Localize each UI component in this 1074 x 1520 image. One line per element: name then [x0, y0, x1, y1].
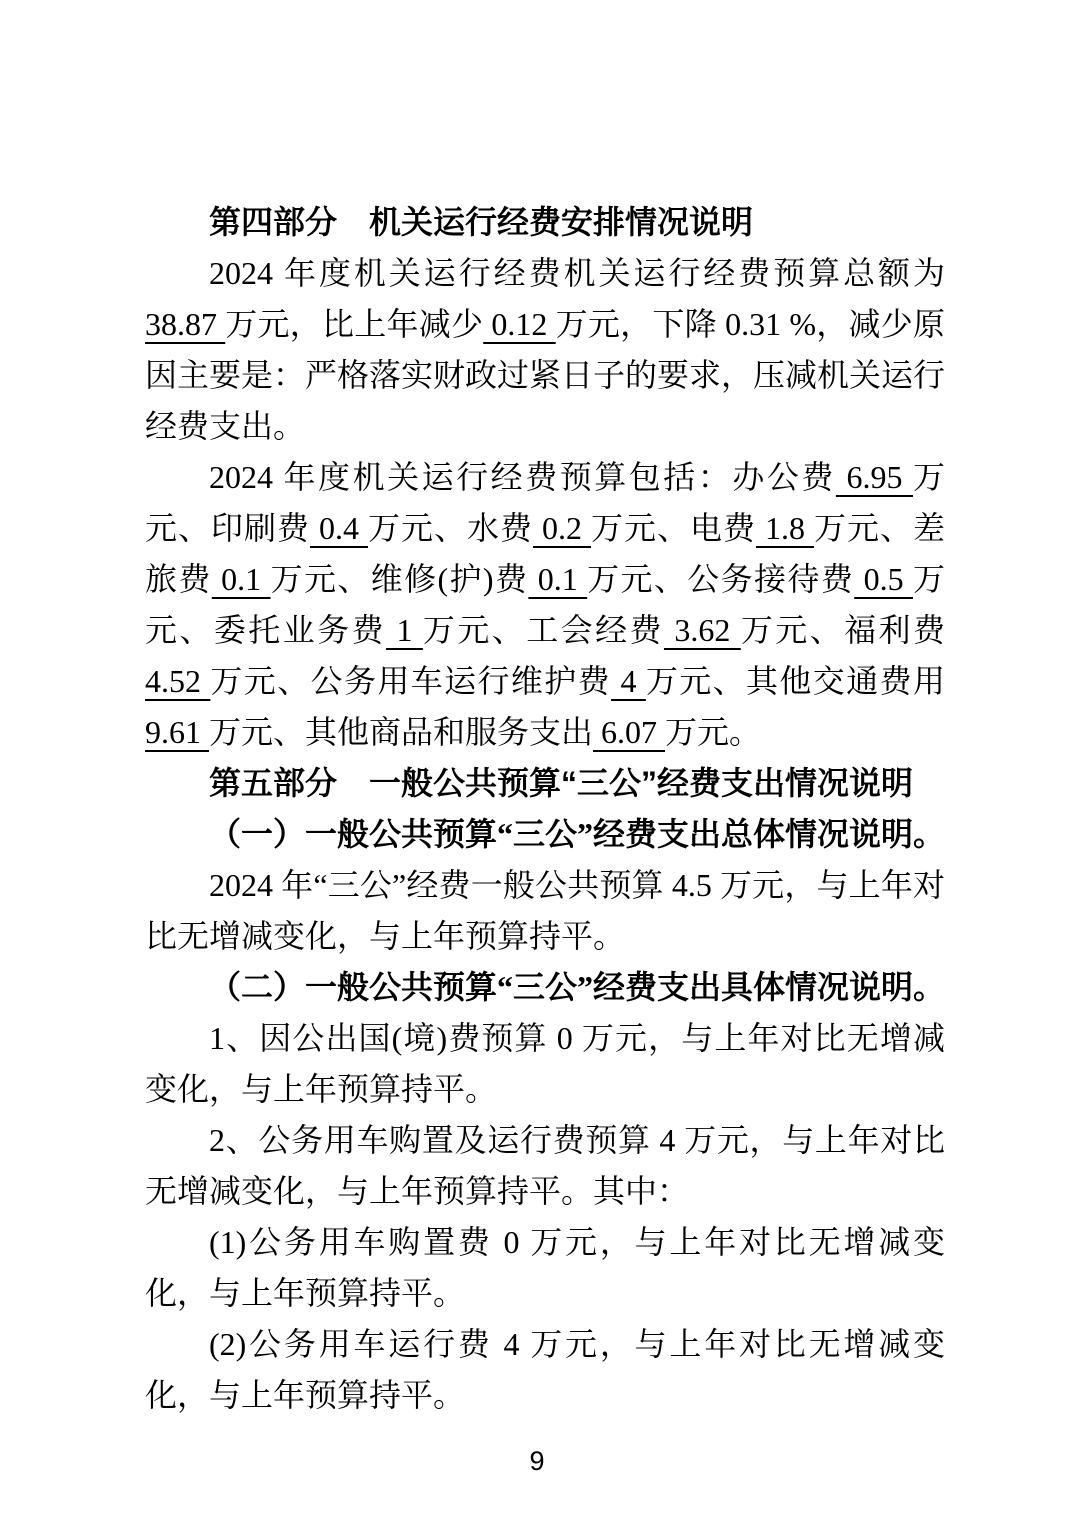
- text-run: (1)公务用车购置费 0 万元，与上年对比无增减变化，与上年预算持平。: [145, 1224, 945, 1311]
- underlined-value: 1: [386, 612, 423, 648]
- underlined-value: 6.07: [593, 714, 665, 750]
- underlined-value: 6.95: [836, 459, 913, 495]
- text-run: 2024 年度机关运行经费机关运行经费预算总额为: [209, 255, 945, 291]
- section-4-heading: 第四部分 机关运行经费安排情况说明: [145, 197, 945, 248]
- underlined-value: 1.8: [756, 510, 814, 546]
- text-run: 万元，比上年减少: [225, 306, 483, 342]
- para-vehicle-purchase: (1)公务用车购置费 0 万元，与上年对比无增减变化，与上年预算持平。: [145, 1217, 945, 1319]
- underlined-value: 0.4: [310, 510, 368, 546]
- underlined-value: 0.2: [533, 510, 591, 546]
- para-vehicle-operation: (2)公务用车运行费 4 万元，与上年对比无增减变化，与上年预算持平。: [145, 1319, 945, 1421]
- text-run: 万元、其他商品和服务支出: [209, 714, 593, 750]
- underlined-value: 3.62: [664, 612, 741, 648]
- section-5-heading: 第五部分 一般公共预算“三公”经费支出情况说明: [145, 758, 945, 809]
- underlined-value: 0.12: [483, 306, 555, 342]
- text-run: 万元、维修(护)费: [271, 561, 529, 597]
- text-run: 第四部分 机关运行经费安排情况说明: [209, 204, 753, 240]
- text-run: 万元、水费: [368, 510, 533, 546]
- para-vehicle-total: 2、公务用车购置及运行费预算 4 万元，与上年对比无增减变化，与上年预算持平。其…: [145, 1115, 945, 1217]
- text-run: 万元、电费: [591, 510, 756, 546]
- text-run: 万元、工会经费: [423, 612, 664, 648]
- text-run: 1、因公出国(境)费预算 0 万元，与上年对比无增减变化，与上年预算持平。: [145, 1020, 945, 1107]
- sub-1-heading: （一）一般公共预算“三公”经费支出总体情况说明。: [145, 809, 945, 860]
- text-run: 万元、其他交通费用: [646, 663, 945, 699]
- para-operating-budget-total: 2024 年度机关运行经费机关运行经费预算总额为 38.87 万元，比上年减少 …: [145, 248, 945, 452]
- underlined-value: 4.52: [145, 663, 210, 699]
- sub-2-heading: （二）一般公共预算“三公”经费支出具体情况说明。: [145, 962, 945, 1013]
- para-abroad-expense: 1、因公出国(境)费预算 0 万元，与上年对比无增减变化，与上年预算持平。: [145, 1013, 945, 1115]
- text-run: 2024 年度机关运行经费预算包括：办公费: [209, 459, 836, 495]
- underlined-value: 38.87: [145, 306, 225, 342]
- text-run: 万元、公务接待费: [587, 561, 854, 597]
- text-run: 2、公务用车购置及运行费预算 4 万元，与上年对比无增减变化，与上年预算持平。其…: [145, 1122, 945, 1209]
- document-body: 第四部分 机关运行经费安排情况说明2024 年度机关运行经费机关运行经费预算总额…: [145, 197, 945, 1421]
- text-run: （二）一般公共预算“三公”经费支出具体情况说明。: [209, 969, 945, 1005]
- text-run: (2)公务用车运行费 4 万元，与上年对比无增减变化，与上年预算持平。: [145, 1326, 945, 1413]
- underlined-value: 0.5: [854, 561, 913, 597]
- underlined-value: 9.61: [145, 714, 209, 750]
- page-footer: 9: [0, 1444, 1074, 1478]
- page-number: 9: [529, 1446, 544, 1476]
- text-run: 第五部分 一般公共预算“三公”经费支出情况说明: [209, 765, 913, 801]
- text-run: 万元、福利费: [741, 612, 945, 648]
- underlined-value: 0.1: [212, 561, 271, 597]
- underlined-value: 4: [611, 663, 646, 699]
- text-run: 万元。: [665, 714, 761, 750]
- document-page: 第四部分 机关运行经费安排情况说明2024 年度机关运行经费机关运行经费预算总额…: [0, 0, 1074, 1520]
- para-operating-budget-breakdown: 2024 年度机关运行经费预算包括：办公费 6.95 万元、印刷费 0.4 万元…: [145, 452, 945, 758]
- text-run: 万元、公务用车运行维护费: [210, 663, 611, 699]
- para-sangong-total: 2024 年“三公”经费一般公共预算 4.5 万元，与上年对比无增减变化，与上年…: [145, 860, 945, 962]
- text-run: 2024 年“三公”经费一般公共预算 4.5 万元，与上年对比无增减变化，与上年…: [145, 867, 945, 954]
- underlined-value: 0.1: [528, 561, 587, 597]
- text-run: （一）一般公共预算“三公”经费支出总体情况说明。: [209, 816, 945, 852]
